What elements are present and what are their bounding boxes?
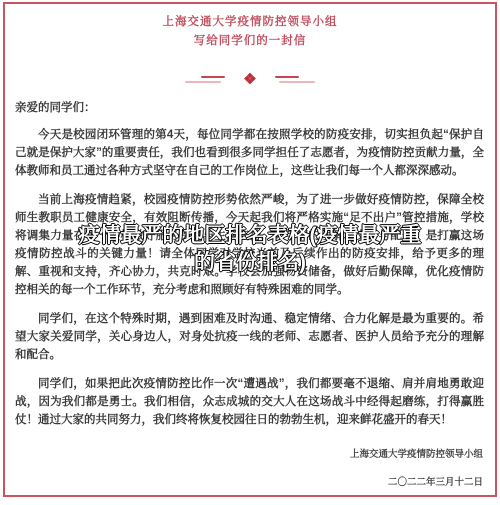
signature-block: 上海交通大学疫情防控领导小组 二〇二二年三月十二日: [350, 441, 483, 497]
salutation: 亲爱的同学们：: [15, 99, 484, 117]
overlay-title-line1: 疫情最严的地区排名表格(疫情最严重: [0, 222, 500, 249]
header-title-line2: 写给同学们的一封信: [0, 32, 500, 51]
paragraph-4: 同学们，如果把此次疫情防控比作一次“遭遇战”，我们都要毫不退缩、肩并肩地勇敢迎战…: [15, 375, 484, 429]
header-title-line1: 上海交通大学疫情防控领导小组: [0, 13, 500, 32]
divider-lines-right: [273, 75, 315, 85]
overlay-title: 疫情最严的地区排名表格(疫情最严重 的省份排名): [0, 222, 500, 276]
signature-name: 上海交通大学疫情防控领导小组: [350, 441, 483, 469]
paragraph-1: 今天是校园闭环管理的第4天，每位同学都在按照学校的防疫安排，切实担负起“保护自己…: [15, 126, 484, 180]
overlay-title-line2: 的省份排名): [0, 249, 500, 276]
letter-header: 上海交通大学疫情防控领导小组 写给同学们的一封信: [0, 13, 500, 51]
signature-date: 二〇二二年三月十二日: [350, 469, 483, 497]
paragraph-3: 同学们，在这个特殊时期，遇到困难及时沟通、稳定情绪、合力化解是最为重要的。希望大…: [15, 310, 484, 364]
letter-page: 上海交通大学疫情防控领导小组 写给同学们的一封信 ❖ 亲爱的同学们： 今天是校园…: [0, 0, 500, 505]
diamond-ornament-icon: ❖: [243, 72, 256, 88]
ornament-divider: ❖: [0, 72, 500, 88]
divider-lines-left: [185, 75, 227, 85]
